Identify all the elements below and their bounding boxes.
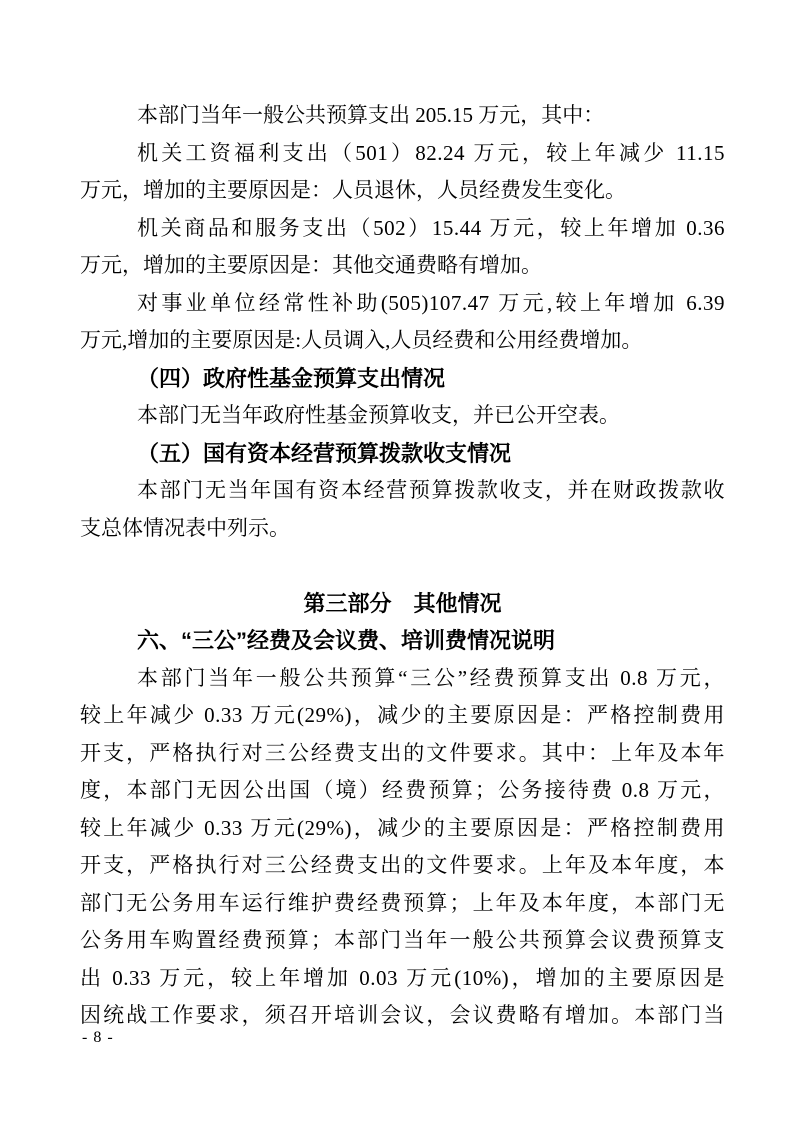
body-line: 万元,增加的主要原因是:人员调入,人员经费和公用经费增加。	[80, 322, 725, 360]
body-line: 部门无公务用车运行维护费经费预算；上年及本年度，本部门无	[80, 885, 725, 923]
body-line: 对事业单位经常性补助(505)107.47 万元,较上年增加 6.39	[80, 285, 725, 323]
heading-section-4: （四）政府性基金预算支出情况	[80, 360, 725, 398]
body-line: 本部门无当年政府性基金预算收支，并已公开空表。	[80, 397, 725, 435]
body-line: 公务用车购置经费预算；本部门当年一般公共预算会议费预算支	[80, 922, 725, 960]
body-line: 度，本部门无因公出国（境）经费预算；公务接待费 0.8 万元，	[80, 772, 725, 810]
body-line: 本部门当年一般公共预算“三公”经费预算支出 0.8 万元，	[80, 660, 725, 698]
body-line: 本部门当年一般公共预算支出 205.15 万元，其中：	[80, 97, 725, 135]
page-number: - 8 -	[82, 1026, 114, 1050]
body-line: 较上年减少 0.33 万元(29%)，减少的主要原因是：严格控制费用	[80, 810, 725, 848]
body-line: 开支，严格执行对三公经费支出的文件要求。上年及本年度，本	[80, 847, 725, 885]
body-line: 机关工资福利支出（501）82.24 万元，较上年减少 11.15	[80, 135, 725, 173]
document-page: 本部门当年一般公共预算支出 205.15 万元，其中： 机关工资福利支出（501…	[0, 0, 793, 1122]
body-line: 较上年减少 0.33 万元(29%)，减少的主要原因是：严格控制费用	[80, 697, 725, 735]
document-body: 本部门当年一般公共预算支出 205.15 万元，其中： 机关工资福利支出（501…	[80, 97, 725, 1035]
part-3-heading: 第三部分 其他情况	[80, 585, 725, 623]
body-line: 开支，严格执行对三公经费支出的文件要求。其中：上年及本年	[80, 735, 725, 773]
body-line: 万元，增加的主要原因是：人员退休，人员经费发生变化。	[80, 172, 725, 210]
body-line: 出 0.33 万元，较上年增加 0.03 万元(10%)，增加的主要原因是	[80, 960, 725, 998]
heading-section-5: （五）国有资本经营预算拨款收支情况	[80, 435, 725, 473]
body-line: 万元，增加的主要原因是：其他交通费略有增加。	[80, 247, 725, 285]
body-line: 支总体情况表中列示。	[80, 510, 725, 548]
heading-section-6: 六、“三公”经费及会议费、培训费情况说明	[80, 622, 725, 660]
body-line: 机关商品和服务支出（502）15.44 万元，较上年增加 0.36	[80, 210, 725, 248]
body-line: 本部门无当年国有资本经营预算拨款收支，并在财政拨款收	[80, 472, 725, 510]
body-line: 因统战工作要求，须召开培训会议，会议费略有增加。本部门当	[80, 997, 725, 1035]
